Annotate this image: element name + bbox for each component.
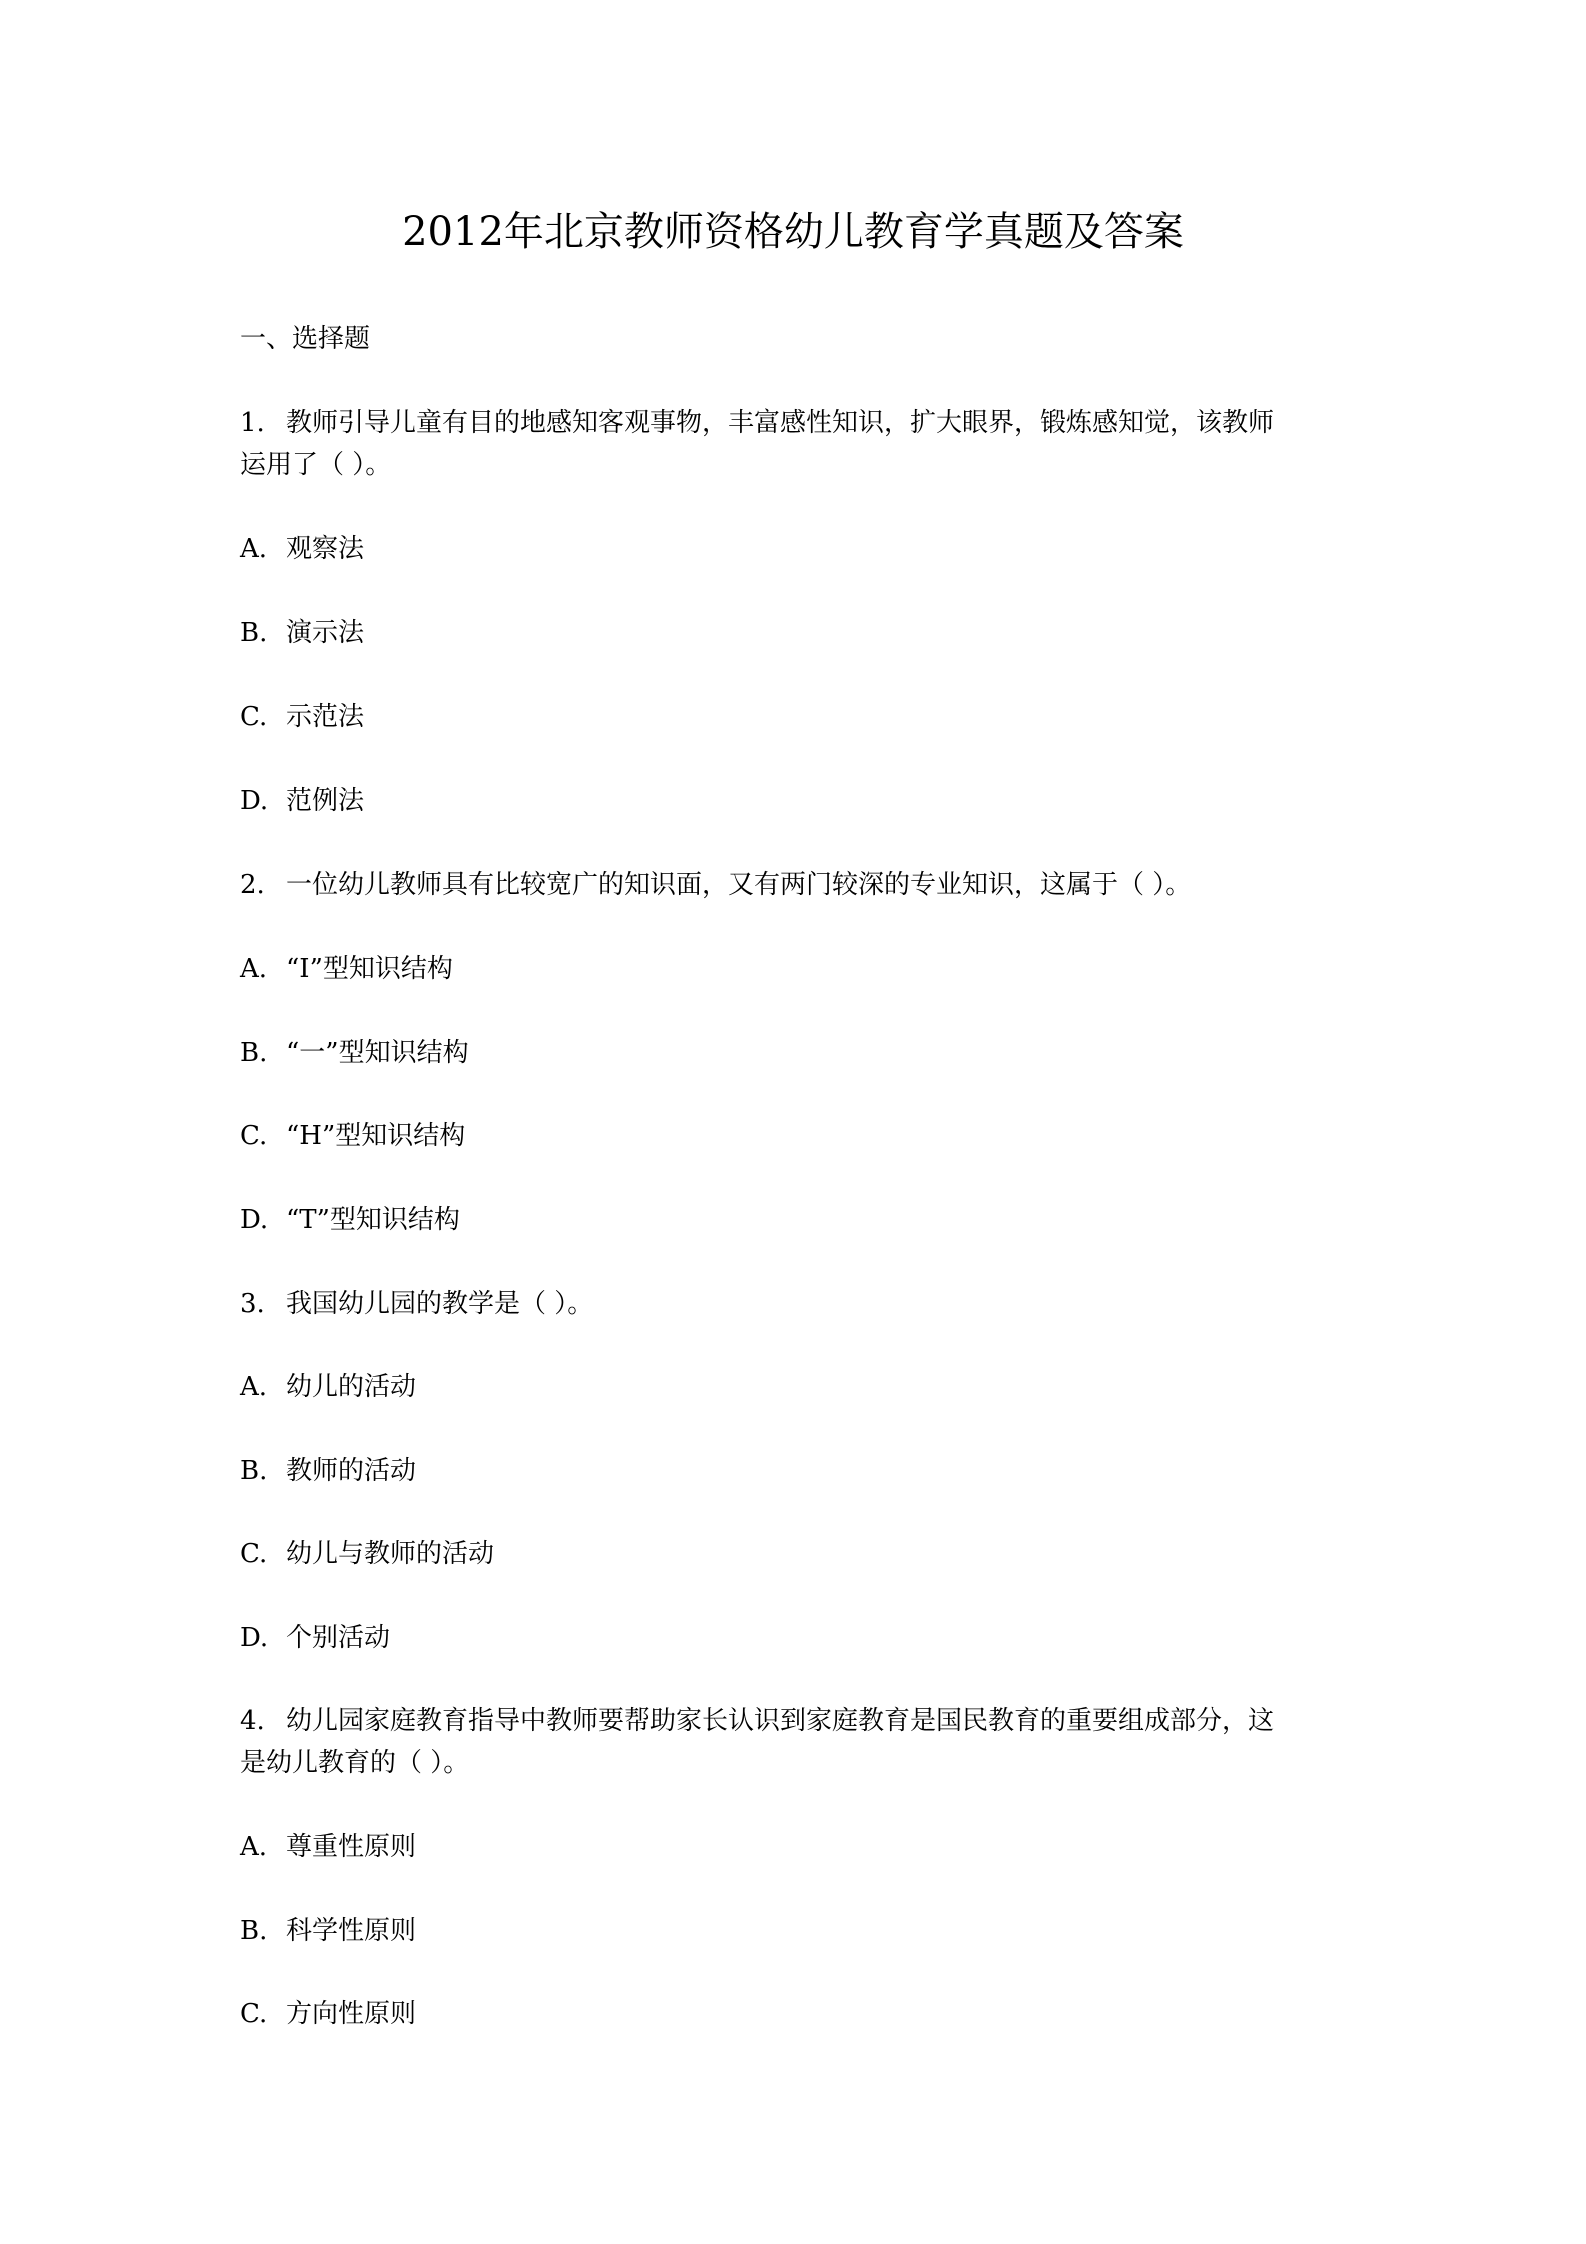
option-text: “T”型知识结构 bbox=[286, 1205, 460, 1235]
option-d: D.范例法 bbox=[240, 780, 1360, 822]
option-label: B. bbox=[240, 1450, 286, 1492]
question-stem-continued: 运用了（ ）。 bbox=[240, 444, 1360, 486]
option-label: A. bbox=[240, 948, 286, 990]
option-c: C.示范法 bbox=[240, 696, 1360, 738]
question-text: 我国幼儿园的教学是（ ）。 bbox=[286, 1289, 593, 1319]
document-title: 2012年北京教师资格幼儿教育学真题及答案 bbox=[0, 204, 1586, 260]
option-label: B. bbox=[240, 1910, 286, 1952]
question-text: 幼儿园家庭教育指导中教师要帮助家长认识到家庭教育是国民教育的重要组成部分，这 bbox=[286, 1706, 1274, 1736]
option-b: B.“一”型知识结构 bbox=[240, 1032, 1360, 1074]
option-text: 幼儿与教师的活动 bbox=[286, 1539, 494, 1569]
option-label: C. bbox=[240, 1115, 286, 1157]
option-text: 教师的活动 bbox=[286, 1456, 416, 1486]
question-stem: 3.我国幼儿园的教学是（ ）。 bbox=[240, 1283, 1360, 1325]
option-b: B.演示法 bbox=[240, 612, 1360, 654]
option-label: B. bbox=[240, 612, 286, 654]
option-a: A.尊重性原则 bbox=[240, 1826, 1360, 1868]
option-label: A. bbox=[240, 528, 286, 570]
option-label: D. bbox=[240, 780, 286, 822]
option-d: D.“T”型知识结构 bbox=[240, 1199, 1360, 1241]
question-number: 1. bbox=[240, 402, 286, 444]
question-text: 教师引导儿童有目的地感知客观事物，丰富感性知识，扩大眼界，锻炼感知觉，该教师 bbox=[286, 408, 1274, 438]
option-text: 科学性原则 bbox=[286, 1916, 416, 1946]
document-page: 2012年北京教师资格幼儿教育学真题及答案 一、选择题 1.教师引导儿童有目的地… bbox=[0, 0, 1586, 2244]
option-a: A.幼儿的活动 bbox=[240, 1366, 1360, 1408]
option-label: A. bbox=[240, 1366, 286, 1408]
option-text: “H”型知识结构 bbox=[286, 1121, 465, 1151]
option-text: 示范法 bbox=[286, 702, 364, 732]
question-stem: 2.一位幼儿教师具有比较宽广的知识面，又有两门较深的专业知识，这属于（ ）。 bbox=[240, 864, 1360, 906]
option-label: D. bbox=[240, 1199, 286, 1241]
option-b: B.教师的活动 bbox=[240, 1450, 1360, 1492]
option-text: 范例法 bbox=[286, 786, 364, 816]
option-label: B. bbox=[240, 1032, 286, 1074]
option-text: 演示法 bbox=[286, 618, 364, 648]
option-text: “一”型知识结构 bbox=[286, 1038, 469, 1068]
option-text: 幼儿的活动 bbox=[286, 1372, 416, 1402]
question-stem: 4.幼儿园家庭教育指导中教师要帮助家长认识到家庭教育是国民教育的重要组成部分，这 bbox=[240, 1700, 1360, 1742]
option-text: “I”型知识结构 bbox=[286, 954, 453, 984]
option-label: D. bbox=[240, 1617, 286, 1659]
option-text: 观察法 bbox=[286, 534, 364, 564]
option-text: 方向性原则 bbox=[286, 1999, 416, 2029]
option-text: 尊重性原则 bbox=[286, 1832, 416, 1862]
option-a: A.“I”型知识结构 bbox=[240, 948, 1360, 990]
option-label: C. bbox=[240, 1533, 286, 1575]
option-label: C. bbox=[240, 696, 286, 738]
option-b: B.科学性原则 bbox=[240, 1910, 1360, 1952]
section-heading: 一、选择题 bbox=[240, 318, 1360, 360]
option-label: C. bbox=[240, 1993, 286, 2035]
question-number: 4. bbox=[240, 1700, 286, 1742]
option-d: D.个别活动 bbox=[240, 1617, 1360, 1659]
question-number: 3. bbox=[240, 1283, 286, 1325]
option-a: A.观察法 bbox=[240, 528, 1360, 570]
option-c: C.幼儿与教师的活动 bbox=[240, 1533, 1360, 1575]
question-number: 2. bbox=[240, 864, 286, 906]
option-label: A. bbox=[240, 1826, 286, 1868]
question-text: 一位幼儿教师具有比较宽广的知识面，又有两门较深的专业知识，这属于（ ）。 bbox=[286, 870, 1191, 900]
option-text: 个别活动 bbox=[286, 1623, 390, 1653]
question-stem: 1.教师引导儿童有目的地感知客观事物，丰富感性知识，扩大眼界，锻炼感知觉，该教师 bbox=[240, 402, 1360, 444]
question-stem-continued: 是幼儿教育的（ ）。 bbox=[240, 1742, 1360, 1784]
option-c: C.方向性原则 bbox=[240, 1993, 1360, 2035]
option-c: C.“H”型知识结构 bbox=[240, 1115, 1360, 1157]
